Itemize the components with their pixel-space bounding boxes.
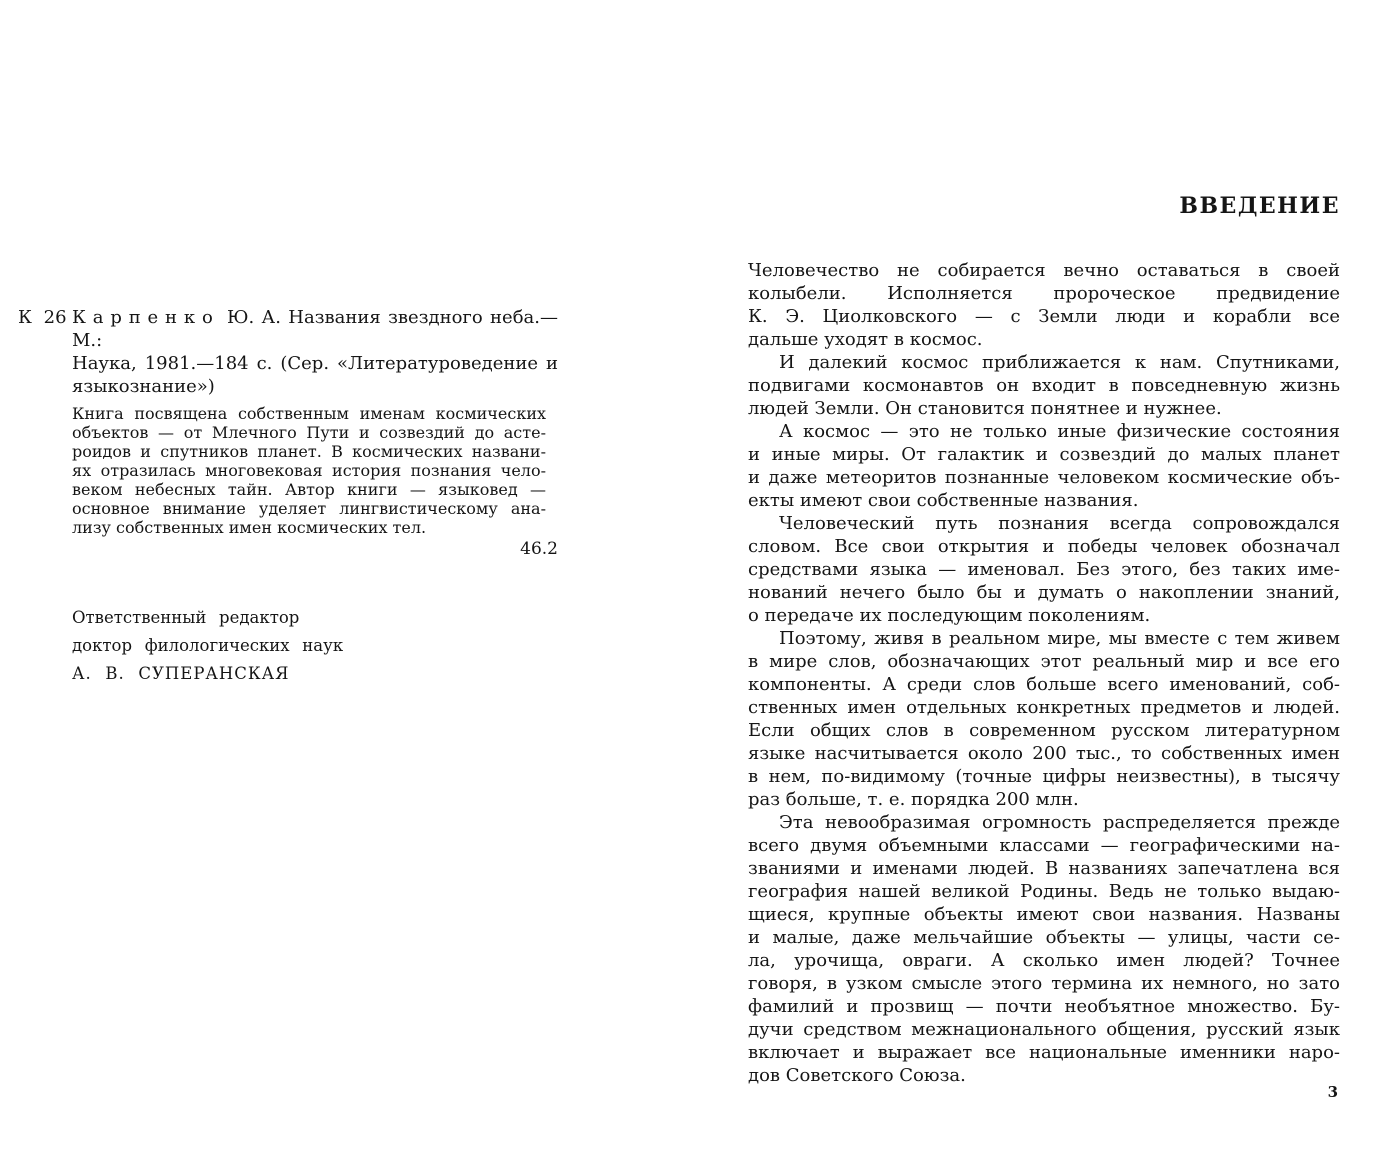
text-line: колыбели. Исполняется пророческое предви…	[748, 282, 1340, 305]
chapter-heading: ВВЕДЕНИЕ	[748, 193, 1340, 219]
text-line: роидов и спутников планет. В космических…	[72, 442, 546, 461]
book-spread: К 26 Карпенко Ю. А. Названия звездного н…	[0, 0, 1387, 1151]
text-line: дучи средством межнационального общения,…	[748, 1018, 1340, 1041]
catalog-code: К 26	[18, 306, 67, 329]
editor-block: Ответственный редактордоктор филологичес…	[72, 604, 558, 688]
text-line: лизу собственных имен космических тел.	[72, 518, 546, 537]
text-line: словом. Все свои открытия и победы челов…	[748, 535, 1340, 558]
imprint-page: К 26 Карпенко Ю. А. Названия звездного н…	[18, 306, 563, 688]
text-line: география нашей великой Родины. Ведь не …	[748, 880, 1340, 903]
text-line: Поэтому, живя в реальном мире, мы вместе…	[748, 627, 1340, 650]
annotation-block: Книга посвящена собственным именам косми…	[72, 404, 546, 537]
text-line: компоненты. А среди слов больше всего им…	[748, 673, 1340, 696]
text-line: объектов — от Млечного Пути и созвездий …	[72, 423, 546, 442]
text-line: основное внимание уделяет лингвистическо…	[72, 499, 546, 518]
text-line: доктор филологических наук	[72, 632, 558, 660]
text-line: дальше уходят в космос.	[748, 328, 1340, 351]
text-line: в мире слов, обозначающих этот реальный …	[748, 650, 1340, 673]
text-line: ях отразилась многовековая история позна…	[72, 461, 546, 480]
text-line: Наука, 1981.—184 с. (Сер. «Литературовед…	[72, 352, 558, 375]
text-line: А. В. СУПЕРАНСКАЯ	[72, 660, 558, 688]
text-line: Если общих слов в современном русском ли…	[748, 719, 1340, 742]
classification-number: 46.2	[72, 539, 558, 559]
text-line: дов Советского Союза.	[748, 1064, 1340, 1087]
text-line: Книга посвящена собственным именам косми…	[72, 404, 546, 423]
text-line: Человеческий путь познания всегда сопров…	[748, 512, 1340, 535]
text-line: К. Э. Циолковского — с Земли люди и кора…	[748, 305, 1340, 328]
author-name: Карпенко	[72, 307, 220, 328]
text-line: подвигами космонавтов он входит в повсед…	[748, 374, 1340, 397]
text-line: ственных имен отдельных конкретных предм…	[748, 696, 1340, 719]
intro-body: Человечество не собирается вечно остават…	[748, 259, 1340, 1087]
bibliographic-entry: К 26 Карпенко Ю. А. Названия звездного н…	[18, 306, 558, 398]
text-line: и даже метеоритов познанные человеком ко…	[748, 466, 1340, 489]
bib-continuation: Наука, 1981.—184 с. (Сер. «Литературовед…	[72, 352, 558, 398]
text-line: И далекий космос приближается к нам. Спу…	[748, 351, 1340, 374]
text-line: Эта невообразимая огромность распределяе…	[748, 811, 1340, 834]
text-line: Ответственный редактор	[72, 604, 558, 632]
text-line: о передаче их последующим поколениям.	[748, 604, 1340, 627]
text-line: екты имеют свои собственные названия.	[748, 489, 1340, 512]
text-line: нований нечего было бы и думать о накопл…	[748, 581, 1340, 604]
text-line: А космос — это не только иные физические…	[748, 420, 1340, 443]
text-line: фамилий и прозвищ — почти необъятное мно…	[748, 995, 1340, 1018]
text-line: щиеся, крупные объекты имеют свои назван…	[748, 903, 1340, 926]
text-line: людей Земли. Он становится понятнее и ну…	[748, 397, 1340, 420]
text-line: и малые, даже мельчайшие объекты — улицы…	[748, 926, 1340, 949]
text-line: языке насчитывается около 200 тыс., то с…	[748, 742, 1340, 765]
text-line: говоря, в узком смысле этого термина их …	[748, 972, 1340, 995]
text-line: ла, урочища, овраги. А сколько имен люде…	[748, 949, 1340, 972]
text-line: языкознание»)	[72, 375, 558, 398]
text-line: и иные миры. От галактик и созвездий до …	[748, 443, 1340, 466]
text-line: включает и выражает все национальные име…	[748, 1041, 1340, 1064]
text-line: всего двумя объемными классами — географ…	[748, 834, 1340, 857]
page-number: 3	[1328, 1083, 1338, 1101]
text-line: званиями и именами людей. В названиях за…	[748, 857, 1340, 880]
text-line: средствами языка — именовал. Без этого, …	[748, 558, 1340, 581]
introduction-page: ВВЕДЕНИЕ Человечество не собирается вечн…	[748, 193, 1340, 1087]
text-line: Человечество не собирается вечно остават…	[748, 259, 1340, 282]
text-line: раз больше, т. е. порядка 200 млн.	[748, 788, 1340, 811]
text-line: веком небесных тайн. Автор книги — языко…	[72, 480, 546, 499]
bib-first-line: Карпенко Ю. А. Названия звездного неба.—…	[72, 306, 558, 352]
text-line: в нем, по-видимому (точные цифры неизвес…	[748, 765, 1340, 788]
